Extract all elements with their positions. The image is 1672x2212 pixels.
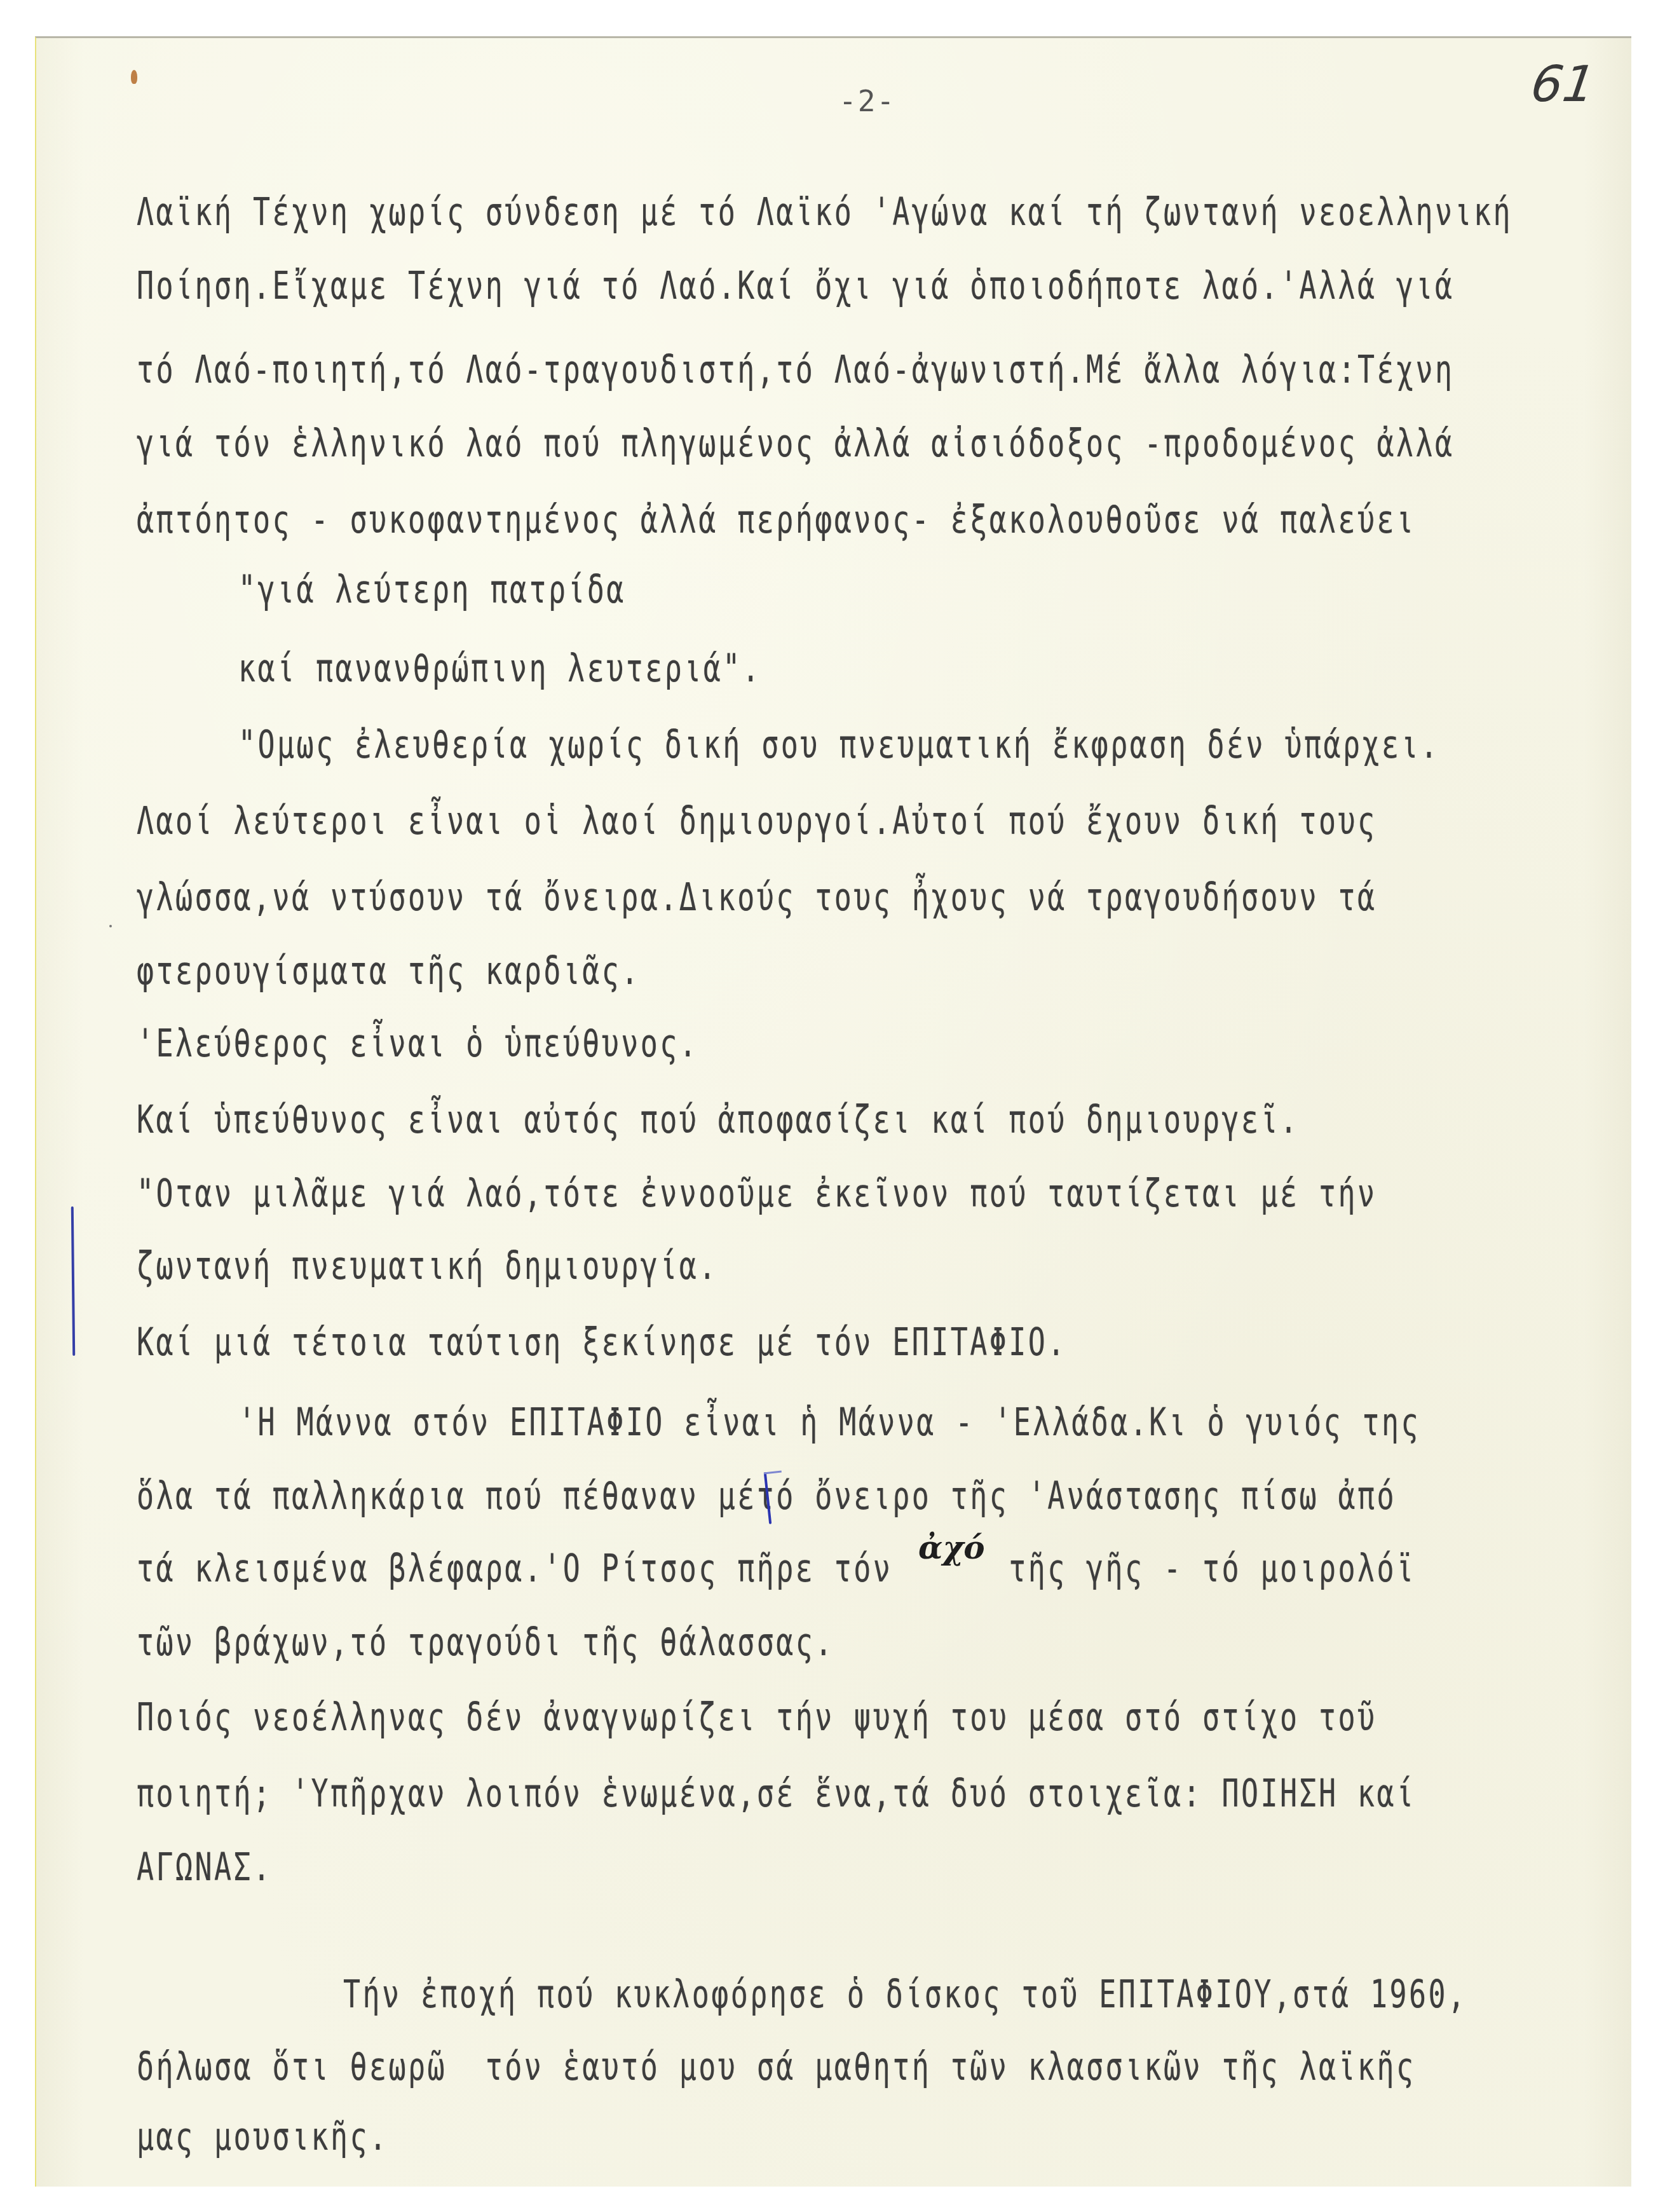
typed-line: φτερουγίσματα τῆς καρδιᾶς. (137, 951, 641, 990)
typed-line: τῶν βράχων,τό τραγούδι τῆς θάλασσας. (137, 1622, 834, 1661)
typed-line: ζωντανή πνευματική δημιουργία. (137, 1246, 718, 1285)
typed-line: Ποίηση.Εἴχαμε Τέχνη γιά τό Λαό.Καί ὄχι γ… (137, 266, 1454, 304)
typed-line: καί πανανθρώπινη λευτεριά". (238, 648, 761, 687)
typed-line: γλώσσα,νά ντύσουν τά ὄνειρα.Δικούς τους … (137, 877, 1377, 916)
typed-line: Καί μιά τέτοια ταύτιση ξεκίνησε μέ τόν Ε… (137, 1322, 1067, 1361)
typed-line: ΑΓΩΝΑΣ. (137, 1847, 272, 1886)
speck (109, 925, 112, 927)
typed-line: μας μουσικῆς. (137, 2117, 388, 2155)
typed-line: Ποιός νεοέλληνας δέν ἀναγνωρίζει τήν ψυχ… (137, 1697, 1377, 1736)
rust-stain (131, 70, 137, 84)
typed-line: 'Ελεύθερος εἶναι ὁ ὑπεύθυνος. (137, 1023, 698, 1062)
typed-line: Καί ὑπεύθυνος εἶναι αὐτός πού ἀποφασίζει… (137, 1100, 1300, 1138)
typed-line: ποιητή; 'Υπῆρχαν λοιπόν ἑνωμένα,σέ ἕνα,τ… (137, 1773, 1416, 1812)
typed-line: τό Λαό-ποιητή,τό Λαό-τραγουδιστή,τό Λαό-… (137, 350, 1454, 388)
typed-line: 'Η Μάννα στόν ΕΠΙΤΑΦΙΟ εἶναι ἡ Μάννα - '… (238, 1402, 1420, 1441)
speck (464, 656, 466, 659)
typed-line: γιά τόν ἑλληνικό λαό πού πληγωμένος ἀλλά… (137, 423, 1454, 462)
handwritten-folio-number: 61 (1528, 56, 1599, 113)
typed-line: "Ομως ἐλευθερία χωρίς δική σου πνευματικ… (238, 725, 1440, 763)
typed-line: δήλωσα ὅτι θεωρῶ τόν ἑαυτό μου σά μαθητή… (137, 2047, 1416, 2086)
typed-line: "γιά λεύτερη πατρίδα (238, 570, 626, 608)
page-number: -2- (839, 84, 895, 118)
typed-line: Τήν ἐποχή πού κυκλοφόρησε ὁ δίσκος τοῦ Ε… (343, 1974, 1467, 2013)
handwritten-insertion: ἀχό (918, 1529, 985, 1566)
typed-line: Λαοί λεύτεροι εἶναι οἱ λαοί δημιουργοί.Α… (137, 801, 1377, 840)
typed-line: ἀπτόητος - συκοφαντημένος ἀλλά περήφανος… (137, 500, 1416, 538)
typed-line: τά κλεισμένα βλέφαρα.'Ο Ρίτσος πῆρε τόν … (137, 1548, 1416, 1587)
typed-line: Λαϊκή Τέχνη χωρίς σύνδεση μέ τό Λαϊκό 'Α… (137, 192, 1512, 231)
typed-line: "Οταν μιλᾶμε γιά λαό,τότε ἐννοοῦμε ἐκεῖν… (137, 1173, 1377, 1212)
